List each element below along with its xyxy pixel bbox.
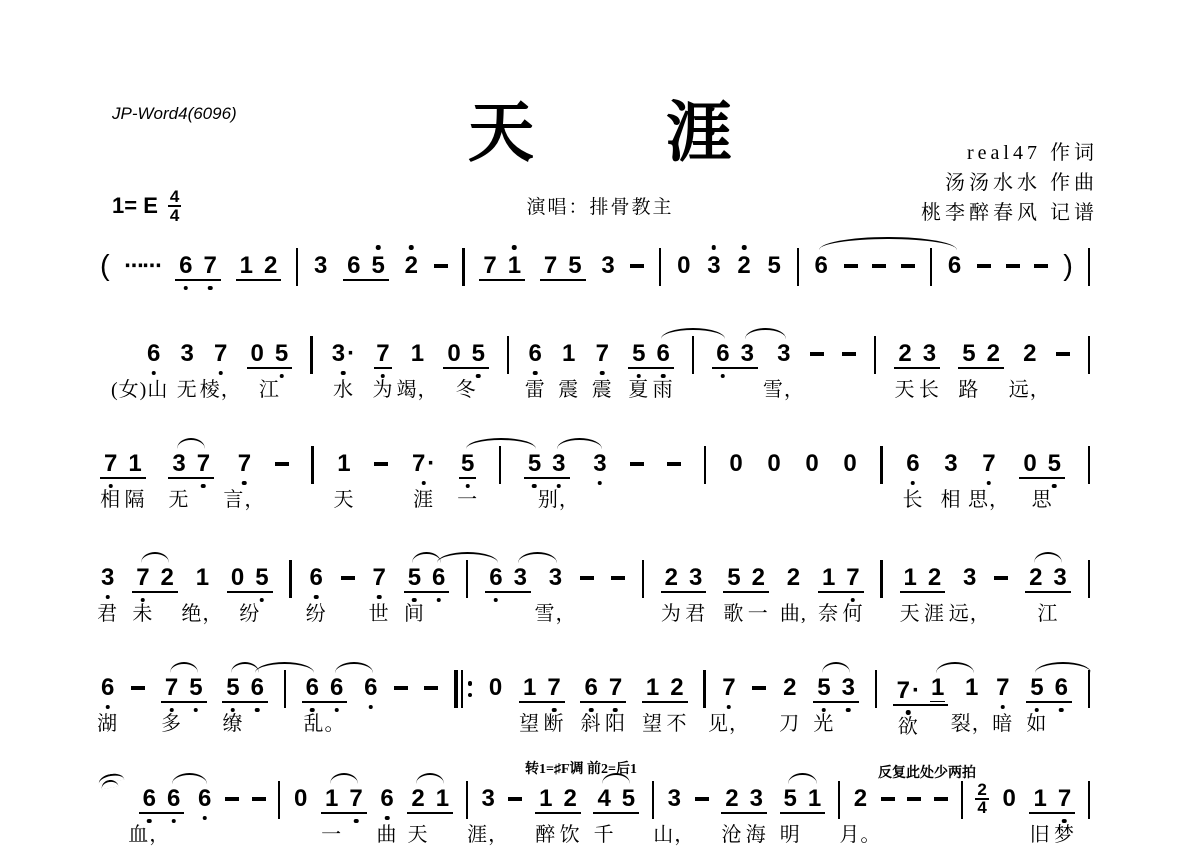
score-symbol: ( — [100, 253, 110, 279]
beam-group: 5明1 — [780, 786, 826, 814]
note-digit: 6 — [101, 675, 114, 701]
note-3: 3别， — [551, 451, 566, 477]
beam-group: 1天2涯 — [900, 565, 946, 593]
note-digit: 5 — [727, 565, 740, 591]
beam-group: 1奈7何 — [818, 565, 864, 593]
beam-group: 67 — [175, 253, 221, 281]
note-1: 1 — [507, 253, 522, 279]
note-digit: 3 — [689, 565, 702, 591]
lyric: 雪， — [763, 379, 805, 401]
octave-dot-low — [589, 708, 594, 713]
lyric: 远， — [1009, 379, 1051, 401]
note-7: 7暗 — [995, 675, 1010, 701]
note-digit: 6 — [251, 675, 264, 701]
note-digit: 3 — [181, 341, 194, 367]
note-digit: 1 — [931, 675, 944, 701]
note-5: 5歌 — [726, 565, 741, 591]
note-1: 1 — [807, 786, 822, 812]
note-digit: 7 — [996, 675, 1009, 701]
note-2: 2 — [1028, 565, 1043, 591]
note-2: 2天 — [897, 341, 912, 367]
note-2: 2 — [404, 253, 419, 279]
note-digit: 5 — [784, 786, 797, 812]
lyric: 断 — [544, 713, 565, 735]
dash-glyph — [341, 576, 355, 579]
note-0: 0 — [676, 253, 691, 279]
note-3: 3雪， — [776, 341, 791, 367]
note-digit: 2 — [1029, 565, 1042, 591]
note-3: 3 — [706, 253, 721, 279]
octave-dot-low — [987, 481, 992, 486]
note-1: 1一 — [324, 786, 339, 812]
octave-dot-low — [476, 374, 481, 379]
barline — [880, 446, 882, 484]
note-digit: 0 — [294, 786, 307, 812]
note-digit: 1 — [508, 253, 521, 279]
tie-arc — [745, 328, 786, 339]
barline — [659, 248, 661, 286]
barline — [284, 670, 286, 708]
note-digit: 5 — [568, 253, 581, 279]
lyric: 天 — [408, 824, 429, 846]
lyric: 纷 — [306, 603, 327, 625]
note-0: 0 — [250, 341, 265, 367]
note-digit: 6 — [179, 253, 192, 279]
dash-glyph — [252, 797, 266, 800]
note-1: 1 — [930, 675, 945, 702]
beam-group: 71 — [479, 253, 525, 281]
note-6: 6 — [166, 786, 181, 812]
note-digit: 0 — [729, 451, 742, 477]
lyric: 震 — [592, 379, 613, 401]
octave-dot-low — [231, 708, 236, 713]
note-3: 3远， — [962, 565, 977, 591]
note-digit: 0 — [1023, 451, 1036, 477]
octave-dot-low — [194, 708, 199, 713]
barline — [466, 781, 468, 819]
octave-dot-low — [822, 708, 827, 713]
note-digit: 2 — [752, 565, 765, 591]
note-digit: 3 — [549, 565, 562, 591]
dash-prolong — [842, 341, 856, 367]
note-digit: 5 — [817, 675, 830, 701]
dash-prolong — [934, 786, 948, 812]
barline — [1088, 336, 1090, 374]
tie-arc — [819, 237, 956, 250]
score-annotation-1: 反复此处少两拍 — [878, 762, 976, 782]
lyric: 长 — [919, 379, 940, 401]
tie-arc — [141, 552, 169, 563]
note-digit: 3 — [332, 341, 345, 367]
lyric: 远， — [949, 603, 991, 625]
barline — [692, 336, 694, 374]
octave-dot-low — [1059, 708, 1064, 713]
dash-prolong — [695, 786, 709, 812]
octave-dot-low — [846, 708, 851, 713]
dash-prolong — [580, 565, 594, 591]
dash-glyph — [580, 576, 594, 579]
octave-dot-low — [201, 484, 206, 489]
note-digit: 3 — [514, 565, 527, 591]
note-digit: 1 — [196, 565, 209, 591]
note-digit: 6 — [330, 675, 343, 701]
note-digit: 5 — [372, 253, 385, 279]
lyric: 一 — [321, 824, 342, 846]
dash-glyph — [901, 264, 915, 267]
tie-arc — [518, 552, 557, 563]
note-6: 6 — [346, 253, 361, 279]
note-digit: 0 — [1002, 786, 1015, 812]
note-2: 2远， — [1022, 341, 1037, 367]
note-7: 7·涯 — [411, 451, 436, 477]
dash-glyph — [994, 576, 1008, 579]
lyric: 明 — [780, 824, 801, 846]
note-2: 2 — [736, 253, 751, 279]
note-digit: 7 — [204, 253, 217, 279]
note-6: 6 — [329, 675, 344, 701]
lyric: 冬 — [456, 379, 477, 401]
note-7: 7梦 — [1057, 786, 1072, 812]
note-digit: 2 — [161, 565, 174, 591]
note-digit: 3 — [963, 565, 976, 591]
lyric: 间 — [404, 603, 425, 625]
beam-group: 7未2 — [132, 565, 178, 593]
beam-group: 53别， — [524, 451, 570, 479]
dash-glyph — [977, 264, 991, 267]
barline — [462, 248, 464, 286]
lyric: 为 — [661, 603, 682, 625]
note-digit: 7 — [238, 451, 251, 477]
dash-glyph — [872, 264, 886, 267]
dash-glyph — [131, 686, 145, 689]
note-7: 7言， — [237, 451, 252, 477]
tie-arc — [936, 662, 974, 673]
barline — [703, 670, 705, 708]
barline — [507, 336, 509, 374]
note-5: 5 — [567, 253, 582, 279]
octave-dot-low — [184, 286, 189, 291]
lyric: 海 — [746, 824, 767, 846]
lyric: 裂， — [951, 713, 993, 735]
note-digit: 2 — [1023, 341, 1036, 367]
beam-group: 5光3 — [813, 675, 859, 703]
beam-group: 2为3君 — [661, 565, 707, 593]
barline — [1088, 248, 1090, 286]
dot-augmentation: · — [912, 678, 920, 704]
note-5: 5 — [766, 253, 781, 279]
beam-group: 63 — [712, 341, 758, 369]
dash-glyph — [881, 797, 895, 800]
note-digit: 1 — [523, 675, 536, 701]
note-digit: 6 — [432, 565, 445, 591]
octave-dot-low — [381, 374, 386, 379]
note-digit: 1 — [325, 786, 338, 812]
note-1: 1裂， — [964, 675, 979, 701]
lyric: 奈 — [818, 603, 839, 625]
beam-group: 05思 — [1019, 451, 1065, 479]
octave-dot-low — [202, 816, 207, 821]
note-0: 0 — [488, 675, 503, 701]
barline-thick — [454, 670, 458, 708]
note-6: 6 — [197, 786, 212, 812]
lyric: 见， — [708, 713, 750, 735]
note-digit: 7 — [544, 253, 557, 279]
octave-dot-low — [341, 371, 346, 376]
lyric: 无 — [177, 379, 198, 401]
note-7: 7相 — [103, 451, 118, 477]
note-2: 2涯 — [927, 565, 942, 591]
barline — [880, 560, 882, 598]
note-7: 7棱， — [213, 341, 228, 367]
octave-dot-low — [436, 598, 441, 603]
dash-glyph — [434, 264, 448, 267]
dash-prolong — [1056, 341, 1070, 367]
octave-dot-low — [354, 819, 359, 824]
note-5: 5缭 — [225, 675, 240, 701]
note-7: 7震 — [595, 341, 610, 367]
note-digit: 5 — [528, 451, 541, 477]
lyric: 山， — [653, 824, 695, 846]
dash-prolong — [131, 675, 145, 701]
repeat-dot — [468, 693, 473, 698]
dash-glyph — [1056, 352, 1070, 355]
note-digit: 3 — [668, 786, 681, 812]
note-digit: 7 — [412, 451, 425, 477]
lyric: 震 — [558, 379, 579, 401]
dash-prolong — [611, 565, 625, 591]
note-2: 2不 — [669, 675, 684, 701]
note-5: 5 — [621, 786, 636, 812]
tie-arc — [330, 773, 358, 784]
lyric: 君 — [685, 603, 706, 625]
note-7: 7 — [196, 451, 211, 477]
beam-group: 05纷 — [227, 565, 273, 593]
dash-glyph — [1034, 264, 1048, 267]
dash-glyph — [907, 797, 921, 800]
beam-group: 2天3长 — [894, 341, 940, 369]
octave-dot-low — [385, 816, 390, 821]
lyric: 如 — [1026, 713, 1047, 735]
note-digit: 5 — [622, 786, 635, 812]
octave-dot-high — [712, 245, 717, 250]
beam-group: 2沧3海 — [721, 786, 767, 814]
beam-group: 2天1 — [407, 786, 453, 814]
note-digit: 4 — [597, 786, 610, 812]
note-digit: 1 — [128, 451, 141, 477]
note-6: 6 — [305, 675, 320, 701]
note-1: 1旧 — [1032, 786, 1047, 812]
dash-glyph — [695, 797, 709, 800]
note-0: 0 — [446, 341, 461, 367]
dash-prolong — [1034, 253, 1048, 279]
lyric: 不 — [666, 713, 687, 735]
music-line-3: 3君7未21绝，05纷6纷7世5间6633雪，2为3君5歌2一2曲,1奈7何1天… — [100, 565, 1090, 598]
barline — [1088, 781, 1090, 819]
tie-arc — [177, 438, 205, 449]
octave-dot-low — [532, 484, 537, 489]
lyric: 旧 — [1030, 824, 1051, 846]
note-5: 5如 — [1029, 675, 1044, 701]
octave-dot-low — [108, 484, 113, 489]
octave-dot-low — [169, 708, 174, 713]
octave-dot-high — [376, 245, 381, 250]
octave-dot-low — [1062, 819, 1067, 824]
note-digit: 1 — [1033, 786, 1046, 812]
note-digit: 5 — [461, 451, 474, 477]
barline — [797, 248, 799, 286]
note-7: 7思， — [981, 451, 996, 477]
note-0: 0 — [842, 451, 857, 477]
tie-arc — [335, 662, 373, 673]
note-7: 7断 — [546, 675, 561, 701]
beam-group: 1旧7梦 — [1029, 786, 1075, 814]
lyric: 君 — [97, 603, 118, 625]
octave-dot-low — [552, 708, 557, 713]
lyric: 望 — [642, 713, 663, 735]
octave-dot-low — [310, 708, 315, 713]
octave-dot-low — [147, 819, 152, 824]
note-digit: 5 — [767, 253, 780, 279]
beam-group: 1醉2饮 — [535, 786, 581, 814]
note-6: 6长 — [905, 451, 920, 477]
note-6: 6湖 — [100, 675, 115, 701]
note-3: 3雪， — [548, 565, 563, 591]
note-digit: 2 — [987, 341, 1000, 367]
lyric: 天 — [895, 379, 916, 401]
note-digit: 1 — [822, 565, 835, 591]
dash-prolong — [275, 451, 289, 477]
note-digit: 0 — [767, 451, 780, 477]
note-digit: 5 — [275, 341, 288, 367]
note-digit: 0 — [843, 451, 856, 477]
octave-dot-high — [512, 245, 517, 250]
score-symbol: ⋯⋯ — [124, 253, 160, 280]
octave-dot-low — [465, 484, 470, 489]
barline — [289, 560, 291, 598]
note-digit: 3 — [314, 253, 327, 279]
tie-arc — [1035, 662, 1091, 673]
note-digit: 0 — [805, 451, 818, 477]
lyric: 一 — [457, 489, 478, 511]
note-5: 5光 — [816, 675, 831, 701]
lyric: 相 — [100, 489, 121, 511]
note-digit: 0 — [489, 675, 502, 701]
octave-dot-high — [409, 245, 414, 250]
barline — [466, 560, 468, 598]
barline — [961, 781, 963, 819]
note-digit: 2 — [411, 786, 424, 812]
note-3: 3无 — [180, 341, 195, 367]
lyric: 江 — [259, 379, 280, 401]
tie-arc — [416, 773, 444, 784]
note-3: 3·水 — [331, 341, 356, 367]
note-digit: 7 — [547, 675, 560, 701]
note-digit: 2 — [670, 675, 683, 701]
lyric: 梦 — [1054, 824, 1075, 846]
note-6: 6(女)山 — [146, 341, 161, 367]
lyric: 乱。 — [304, 713, 346, 735]
lyric: 路 — [958, 379, 979, 401]
note-digit: 1 — [562, 341, 575, 367]
tie-arc — [557, 438, 602, 449]
note-digit: 5 — [1030, 675, 1043, 701]
note-4: 4千 — [596, 786, 611, 812]
dash-prolong — [1006, 253, 1020, 279]
beam-group: 1望2不 — [642, 675, 688, 703]
barline — [1088, 446, 1090, 484]
note-6: 6 — [178, 253, 193, 279]
octave-dot-low — [661, 374, 666, 379]
barline — [310, 336, 312, 374]
barline — [875, 670, 877, 708]
note-digit: 0 — [231, 565, 244, 591]
note-7: 7见， — [721, 675, 736, 701]
barline — [642, 560, 644, 598]
note-3: 3长 — [922, 341, 937, 367]
note-3: 3海 — [749, 786, 764, 812]
dash-glyph — [934, 797, 948, 800]
octave-dot-low — [334, 708, 339, 713]
lyric: 涯 — [413, 489, 434, 511]
note-1: 1竭， — [410, 341, 425, 367]
note-1: 1望 — [522, 675, 537, 701]
lyric: 水 — [333, 379, 354, 401]
beam-group: 5路2 — [958, 341, 1004, 369]
barline — [296, 248, 298, 286]
note-digit: 2 — [928, 565, 941, 591]
octave-dot-low — [242, 481, 247, 486]
note-6: 6 — [715, 341, 730, 367]
dash-prolong — [810, 341, 824, 367]
dash-prolong — [994, 565, 1008, 591]
barline — [1088, 560, 1090, 598]
lyric: 涯， — [467, 824, 509, 846]
note-0: 0 — [766, 451, 781, 477]
dash-glyph — [630, 264, 644, 267]
beam-group: 5歌2一 — [723, 565, 769, 593]
lyric: 斜 — [581, 713, 602, 735]
note-digit: 3 — [750, 786, 763, 812]
note-3: 3 — [313, 253, 328, 279]
note-0: 0 — [1022, 451, 1037, 477]
note-1: 1 — [435, 786, 450, 812]
note-digit: 6 — [489, 565, 502, 591]
note-digit: 2 — [898, 341, 911, 367]
note-6: 6 — [250, 675, 265, 701]
note-digit: 7 — [483, 253, 496, 279]
note-6: 6雷 — [528, 341, 543, 367]
octave-dot-low — [218, 371, 223, 376]
lyric: 江 — [1037, 603, 1058, 625]
octave-dot-low — [412, 598, 417, 603]
lyric: 曲 — [377, 824, 398, 846]
lyric: 阳 — [605, 713, 626, 735]
note-digit: 0 — [447, 341, 460, 367]
dash-prolong — [667, 451, 681, 477]
note-3: 3 — [600, 253, 615, 279]
dash-prolong — [752, 675, 766, 701]
lyric: 千 — [594, 824, 615, 846]
note-digit: 6 — [147, 341, 160, 367]
dash-prolong — [374, 451, 388, 477]
dash-glyph — [611, 576, 625, 579]
lyric: 未 — [132, 603, 153, 625]
note-digit: 3 — [923, 341, 936, 367]
note-digit: 7 — [609, 675, 622, 701]
dash-prolong — [630, 451, 644, 477]
note-digit: 3 — [593, 451, 606, 477]
lyric: 无 — [169, 489, 190, 511]
